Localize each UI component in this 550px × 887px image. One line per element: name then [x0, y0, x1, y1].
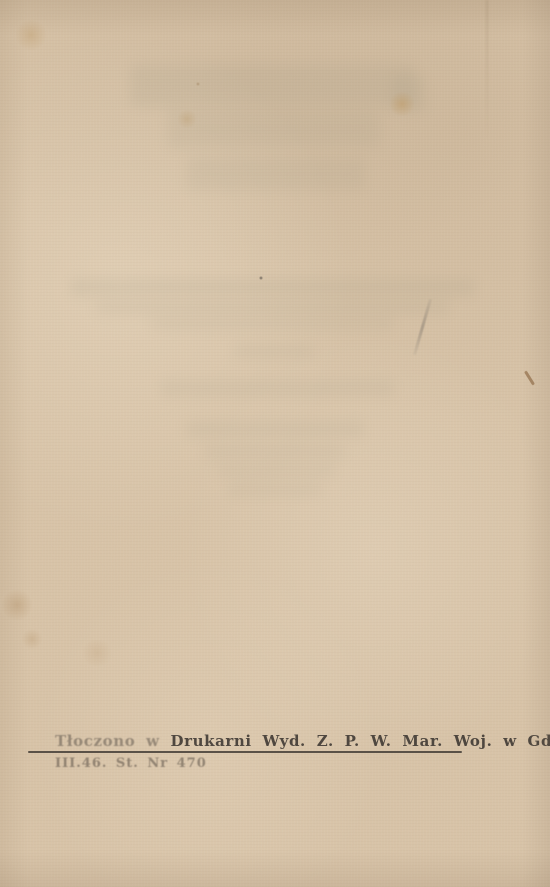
showthrough-text-line: [160, 381, 395, 396]
imprint-line-1-main-part: Drukarni Wyd. Z. P. W. Mar. Woj. w Gdyni: [170, 732, 550, 750]
showthrough-text-line: [95, 301, 450, 314]
showthrough-title-block: [186, 158, 366, 190]
ink-speck: [259, 276, 263, 280]
showthrough-text-line: [70, 279, 475, 296]
foxing-stain: [176, 110, 198, 128]
showthrough-text-line: [228, 484, 323, 496]
showthrough-text-line: [150, 318, 395, 330]
imprint-line-1: Tłoczono w Drukarni Wyd. Z. P. W. Mar. W…: [55, 732, 475, 750]
paper-crease: [486, 0, 488, 140]
showthrough-text-line: [216, 465, 336, 477]
imprint-line-2: III.46. St. Nr 470: [55, 756, 207, 771]
imprint-line-1-faint-part: Tłoczono w: [55, 732, 160, 750]
showthrough-title-block: [168, 110, 380, 148]
foxing-stain: [80, 640, 114, 666]
foxing-stain: [14, 20, 48, 50]
foxing-stain: [388, 92, 416, 116]
imprint-rule: [28, 751, 462, 753]
paper-speck: [196, 82, 200, 86]
showthrough-text-line: [185, 421, 365, 437]
showthrough-text-line: [205, 445, 345, 458]
showthrough-title-block: [130, 64, 415, 106]
foxing-stain: [22, 628, 42, 650]
fiber-mark: [524, 370, 535, 385]
foxing-stain: [2, 588, 32, 622]
book-page: Tłoczono w Drukarni Wyd. Z. P. W. Mar. W…: [0, 0, 550, 887]
showthrough-text-line: [235, 345, 315, 358]
